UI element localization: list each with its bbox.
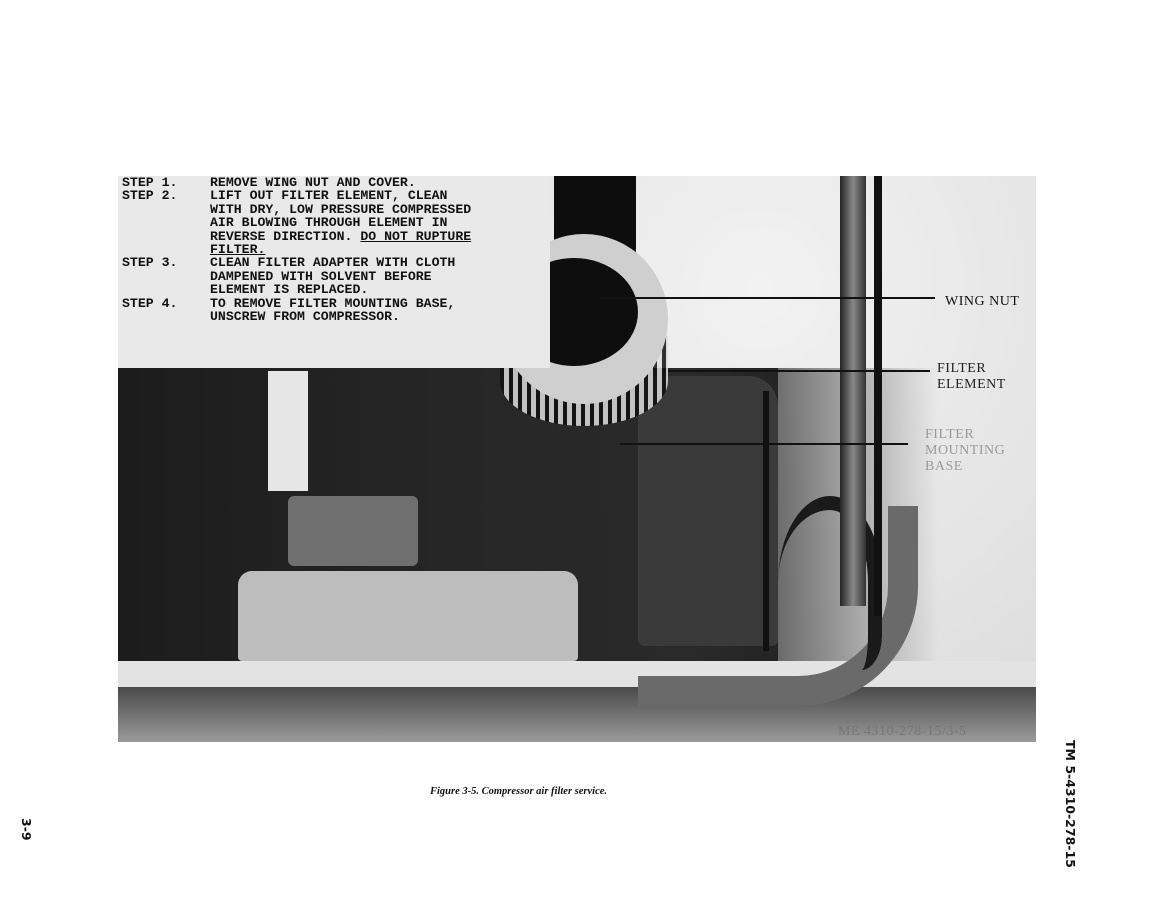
step-text: CLEAN FILTER ADAPTER WITH CLOTH DAMPENED…: [210, 256, 552, 296]
frame-pipe-thin: [874, 176, 882, 616]
leader-wing-nut: [600, 297, 935, 299]
page-number: 3-9: [19, 818, 34, 841]
step-label: STEP 1.: [122, 176, 210, 189]
step-4: STEP 4. TO REMOVE FILTER MOUNTING BASE, …: [122, 297, 552, 324]
instruction-steps: STEP 1. REMOVE WING NUT AND COVER. STEP …: [122, 176, 552, 323]
compressor-photo: STEP 1. REMOVE WING NUT AND COVER. STEP …: [118, 176, 1036, 742]
instruction-box: STEP 1. REMOVE WING NUT AND COVER. STEP …: [118, 176, 550, 368]
figure-caption: Figure 3-5. Compressor air filter servic…: [430, 786, 607, 797]
step-label: STEP 2.: [122, 189, 210, 256]
compressor-tray: [238, 571, 578, 661]
leader-filter-element: [668, 370, 930, 372]
callout-filter-element: FILTER ELEMENT: [937, 361, 1006, 393]
leader-filter-mounting-base: [620, 443, 908, 445]
frame-pipe: [840, 176, 866, 606]
pulley-highlight: [268, 371, 308, 491]
compressor-cylinder: [288, 496, 418, 566]
step-text: TO REMOVE FILTER MOUNTING BASE, UNSCREW …: [210, 297, 552, 324]
step-3: STEP 3. CLEAN FILTER ADAPTER WITH CLOTH …: [122, 256, 552, 296]
step-label: STEP 4.: [122, 297, 210, 324]
step-2: STEP 2. LIFT OUT FILTER ELEMENT, CLEAN W…: [122, 189, 552, 256]
manual-number: TM 5-4310-278-15: [1063, 740, 1078, 868]
step-text: REMOVE WING NUT AND COVER.: [210, 176, 552, 189]
step-1: STEP 1. REMOVE WING NUT AND COVER.: [122, 176, 552, 189]
step-label: STEP 3.: [122, 256, 210, 296]
callout-filter-mounting-base: FILTER MOUNTING BASE: [925, 427, 1005, 475]
hose: [778, 496, 882, 670]
frame-rail: [118, 661, 1036, 687]
photo-id: ME 4310-278-15/3-5: [838, 724, 966, 740]
step-text: LIFT OUT FILTER ELEMENT, CLEAN WITH DRY,…: [210, 189, 552, 256]
callout-wing-nut: WING NUT: [945, 294, 1019, 310]
